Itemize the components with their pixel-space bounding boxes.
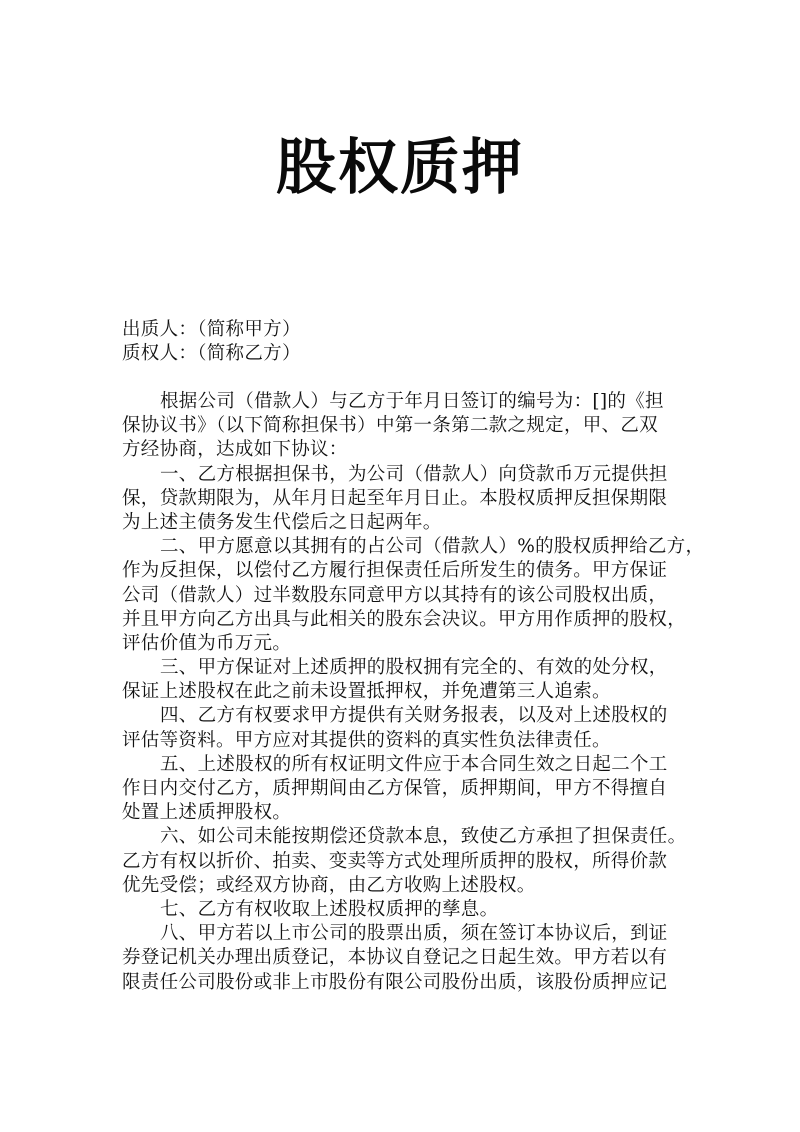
paragraph-line: 评估价值为币万元。 [122, 632, 682, 656]
paragraph-line: 八、甲方若以上市公司的股票出质，须在签订本协议后，到证 [122, 922, 682, 946]
clause-1-paragraph: 一、乙方根据担保书，为公司（借款人）向贷款币万元提供担 保，贷款期限为，从年月日… [122, 463, 682, 536]
paragraph-line: 五、上述股权的所有权证明文件应于本合同生效之日起二个工 [122, 753, 682, 777]
paragraph-line: 六、如公司未能按期偿还贷款本息，致使乙方承担了担保责任。 [122, 825, 682, 849]
paragraph-line: 作为反担保，以偿付乙方履行担保责任后所发生的债务。甲方保证 [122, 559, 682, 583]
clause-4-paragraph: 四、乙方有权要求甲方提供有关财务报表，以及对上述股权的 评估等资料。甲方应对其提… [122, 704, 682, 752]
paragraph-line: 保协议书》（以下简称担保书）中第一条第二款之规定，甲、乙双 [122, 414, 682, 438]
paragraph-line: 作日内交付乙方，质押期间由乙方保管，质押期间，甲方不得擅自 [122, 777, 682, 801]
paragraph-line: 四、乙方有权要求甲方提供有关财务报表，以及对上述股权的 [122, 704, 682, 728]
document-title: 股权质押 [0, 128, 800, 208]
paragraph-line: 评估等资料。甲方应对其提供的资料的真实性负法律责任。 [122, 729, 682, 753]
pledgor-line: 出质人：（简称甲方） [122, 318, 682, 342]
paragraph-line: 七、乙方有权收取上述股权质押的孳息。 [122, 898, 682, 922]
clause-2-paragraph: 二、甲方愿意以其拥有的占公司（借款人）%的股权质押给乙方， 作为反担保，以偿付乙… [122, 535, 682, 656]
parties-block: 出质人：（简称甲方） 质权人：（简称乙方） [122, 318, 682, 366]
paragraph-line: 处置上述质押股权。 [122, 801, 682, 825]
preamble-paragraph: 根据公司（借款人）与乙方于年月日签订的编号为：[]的《担 保协议书》（以下简称担… [122, 390, 682, 463]
clause-7-paragraph: 七、乙方有权收取上述股权质押的孳息。 [122, 898, 682, 922]
paragraph-line: 乙方有权以折价、拍卖、变卖等方式处理所质押的股权，所得价款 [122, 850, 682, 874]
paragraph-line: 二、甲方愿意以其拥有的占公司（借款人）%的股权质押给乙方， [122, 535, 682, 559]
agreement-body: 根据公司（借款人）与乙方于年月日签订的编号为：[]的《担 保协议书》（以下简称担… [122, 390, 682, 995]
paragraph-line: 方经协商，达成如下协议： [122, 438, 682, 462]
clause-5-paragraph: 五、上述股权的所有权证明文件应于本合同生效之日起二个工 作日内交付乙方，质押期间… [122, 753, 682, 826]
clause-3-paragraph: 三、甲方保证对上述质押的股权拥有完全的、有效的处分权， 保证上述股权在此之前未设… [122, 656, 682, 704]
paragraph-line: 三、甲方保证对上述质押的股权拥有完全的、有效的处分权， [122, 656, 682, 680]
paragraph-line: 并且甲方向乙方出具与此相关的股东会决议。甲方用作质押的股权， [122, 608, 682, 632]
paragraph-line: 为上述主债务发生代偿后之日起两年。 [122, 511, 682, 535]
paragraph-line: 限责任公司股份或非上市股份有限公司股份出质，该股份质押应记 [122, 971, 682, 995]
paragraph-line: 保证上述股权在此之前未设置抵押权，并免遭第三人追索。 [122, 680, 682, 704]
clause-6-paragraph: 六、如公司未能按期偿还贷款本息，致使乙方承担了担保责任。 乙方有权以折价、拍卖、… [122, 825, 682, 898]
paragraph-line: 一、乙方根据担保书，为公司（借款人）向贷款币万元提供担 [122, 463, 682, 487]
clause-8-paragraph: 八、甲方若以上市公司的股票出质，须在签订本协议后，到证 券登记机关办理出质登记，… [122, 922, 682, 995]
paragraph-line: 保，贷款期限为，从年月日起至年月日止。本股权质押反担保期限 [122, 487, 682, 511]
paragraph-line: 优先受偿；或经双方协商，由乙方收购上述股权。 [122, 874, 682, 898]
paragraph-line: 根据公司（借款人）与乙方于年月日签订的编号为：[]的《担 [122, 390, 682, 414]
pledgee-line: 质权人：（简称乙方） [122, 342, 682, 366]
document-page: 股权质押 出质人：（简称甲方） 质权人：（简称乙方） 根据公司（借款人）与乙方于… [0, 0, 800, 1132]
paragraph-line: 券登记机关办理出质登记，本协议自登记之日起生效。甲方若以有 [122, 946, 682, 970]
paragraph-line: 公司（借款人）过半数股东同意甲方以其持有的该公司股权出质， [122, 584, 682, 608]
